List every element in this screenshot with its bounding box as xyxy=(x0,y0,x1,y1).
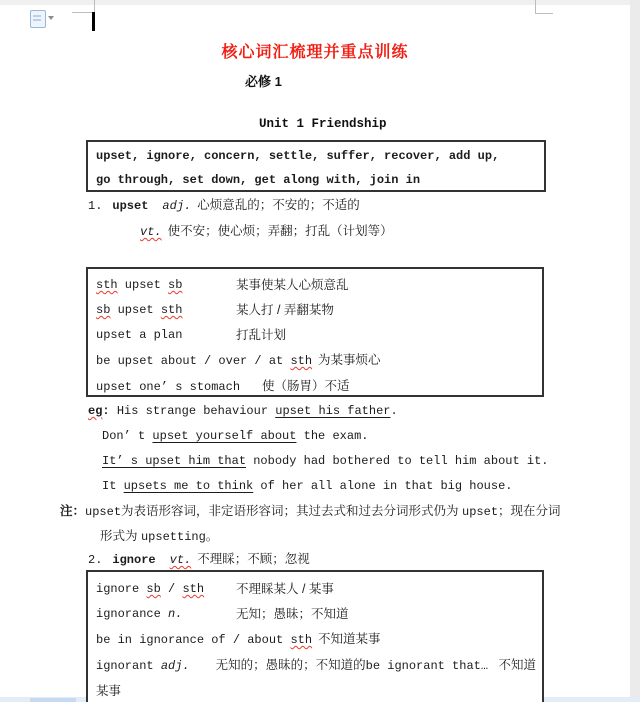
ignore-collocation-table: ignore sb / sth 不理睬某人 / 某事 ignorance n. … xyxy=(86,570,544,702)
entry-1-def-adj: 心烦意乱的；不安的；不适的 xyxy=(197,198,360,212)
crop-mark-top-left-v xyxy=(94,0,95,12)
collocation-en: sth xyxy=(96,278,118,292)
collocation-en: sb xyxy=(96,303,110,317)
table-row: ignorant adj.无知的；愚昧的；不知道的be ignorant tha… xyxy=(96,653,542,679)
taskbar-hint xyxy=(30,698,76,702)
page-title: 核心词汇梳理并重点训练 xyxy=(0,39,630,62)
collocation-en: be in ignorance of / about xyxy=(96,633,290,647)
table-row: ignore sb / sth 不理睬某人 / 某事 xyxy=(96,577,542,602)
table-row: sth upset sb 某事使某人心烦意乱 xyxy=(96,273,542,298)
collocation-zh: 某事使某人心烦意乱 xyxy=(236,273,349,298)
entry-1-def-vt: 使不安；使心烦；弄翻；打乱（计划等） xyxy=(168,224,393,238)
table-row: ignorance n. 无知；愚昧；不知道 xyxy=(96,602,542,627)
table-row: sb upset sth 某人打 / 弄翻某物 xyxy=(96,298,542,323)
table-row: be upset about / over / at sth为某事烦心 xyxy=(96,348,542,374)
autocorrect-options-icon[interactable] xyxy=(30,10,46,28)
text-cursor xyxy=(92,12,95,31)
example-sentence: It’ s upset him that nobody had bothered… xyxy=(102,453,548,469)
entry-1-pos-adj: adj. xyxy=(162,199,191,213)
collocation-en: ignorance xyxy=(96,607,168,621)
crop-mark-top-right-v xyxy=(535,0,536,13)
table-row: be in ignorance of / about sth不知道某事 xyxy=(96,627,542,653)
entry-2-word: ignore xyxy=(112,553,155,567)
entry-1-headline: 1.upsetadj.心烦意乱的；不安的；不适的 xyxy=(88,197,360,214)
collocation-en: be upset about / over / at xyxy=(96,354,290,368)
table-row: upset one’ s stomach使（肠胃）不适 xyxy=(96,374,542,400)
collocation-en: upset a plan xyxy=(96,328,182,342)
crop-mark-top-right-h xyxy=(535,13,553,14)
book-heading: 必修 1 xyxy=(245,71,282,90)
collocation-en: ignore xyxy=(96,582,146,596)
collocation-zh: 打乱计划 xyxy=(236,323,286,348)
entry-2-headline: 2.ignorevt.不理睬；不顾；忽视 xyxy=(88,551,310,568)
entry-2-def: 不理睬；不顾；忽视 xyxy=(197,552,310,566)
collocation-en: upset one’ s stomach xyxy=(96,380,240,394)
entry-1-subline: vt.使不安；使心烦；弄翻；打乱（计划等） xyxy=(140,223,393,240)
chevron-down-icon[interactable] xyxy=(48,16,54,20)
word-list-line-2: go through, set down, get along with, jo… xyxy=(96,168,544,192)
eg-label: eg xyxy=(88,404,102,418)
entry-1-word: upset xyxy=(112,199,148,213)
entry-2-number: 2. xyxy=(88,553,102,567)
crop-mark-top-left-h xyxy=(72,12,94,13)
word-list-box: upset, ignore, concern, settle, suffer, … xyxy=(86,140,546,192)
table-row: 某事 xyxy=(96,679,542,702)
example-sentence: It upsets me to think of her all alone i… xyxy=(102,478,512,494)
collocation-zh: 无知；愚昧；不知道 xyxy=(236,602,349,627)
example-sentence: eg: His strange behaviour upset his fath… xyxy=(88,403,398,419)
upset-collocation-table: sth upset sb 某事使某人心烦意乱 sb upset sth 某人打 … xyxy=(86,267,544,397)
collocation-zh: 使（肠胃）不适 xyxy=(262,379,350,393)
collocation-zh-wrap: 某事 xyxy=(96,684,121,698)
word-list-line-1: upset, ignore, concern, settle, suffer, … xyxy=(96,144,544,168)
collocation-zh: 不知道某事 xyxy=(318,632,381,646)
collocation-zh: 为某事烦心 xyxy=(318,353,381,367)
collocation-zh: 某人打 / 弄翻某物 xyxy=(236,298,334,323)
unit-heading: Unit 1 Friendship xyxy=(259,117,387,131)
collocation-zh: 不理睬某人 / 某事 xyxy=(236,577,334,602)
entry-1-pos-vt: vt. xyxy=(140,225,162,239)
note-label: 注： xyxy=(60,504,85,518)
example-sentence: Don’ t upset yourself about the exam. xyxy=(102,428,368,444)
collocation-en: ignorant xyxy=(96,659,161,673)
usage-note-line-2: 形式为 upsetting。 xyxy=(100,528,218,545)
window-top-edge xyxy=(0,0,640,5)
page-right-gutter xyxy=(630,0,640,702)
collocation-zh: 不知道 xyxy=(498,653,536,678)
entry-2-pos-vt: vt. xyxy=(170,553,192,567)
table-row: upset a plan 打乱计划 xyxy=(96,323,542,348)
entry-1-number: 1. xyxy=(88,199,102,213)
usage-note-line-1: 注：upset为表语形容词，非定语形容词；其过去式和过去分词形式仍为 upset… xyxy=(60,503,561,520)
